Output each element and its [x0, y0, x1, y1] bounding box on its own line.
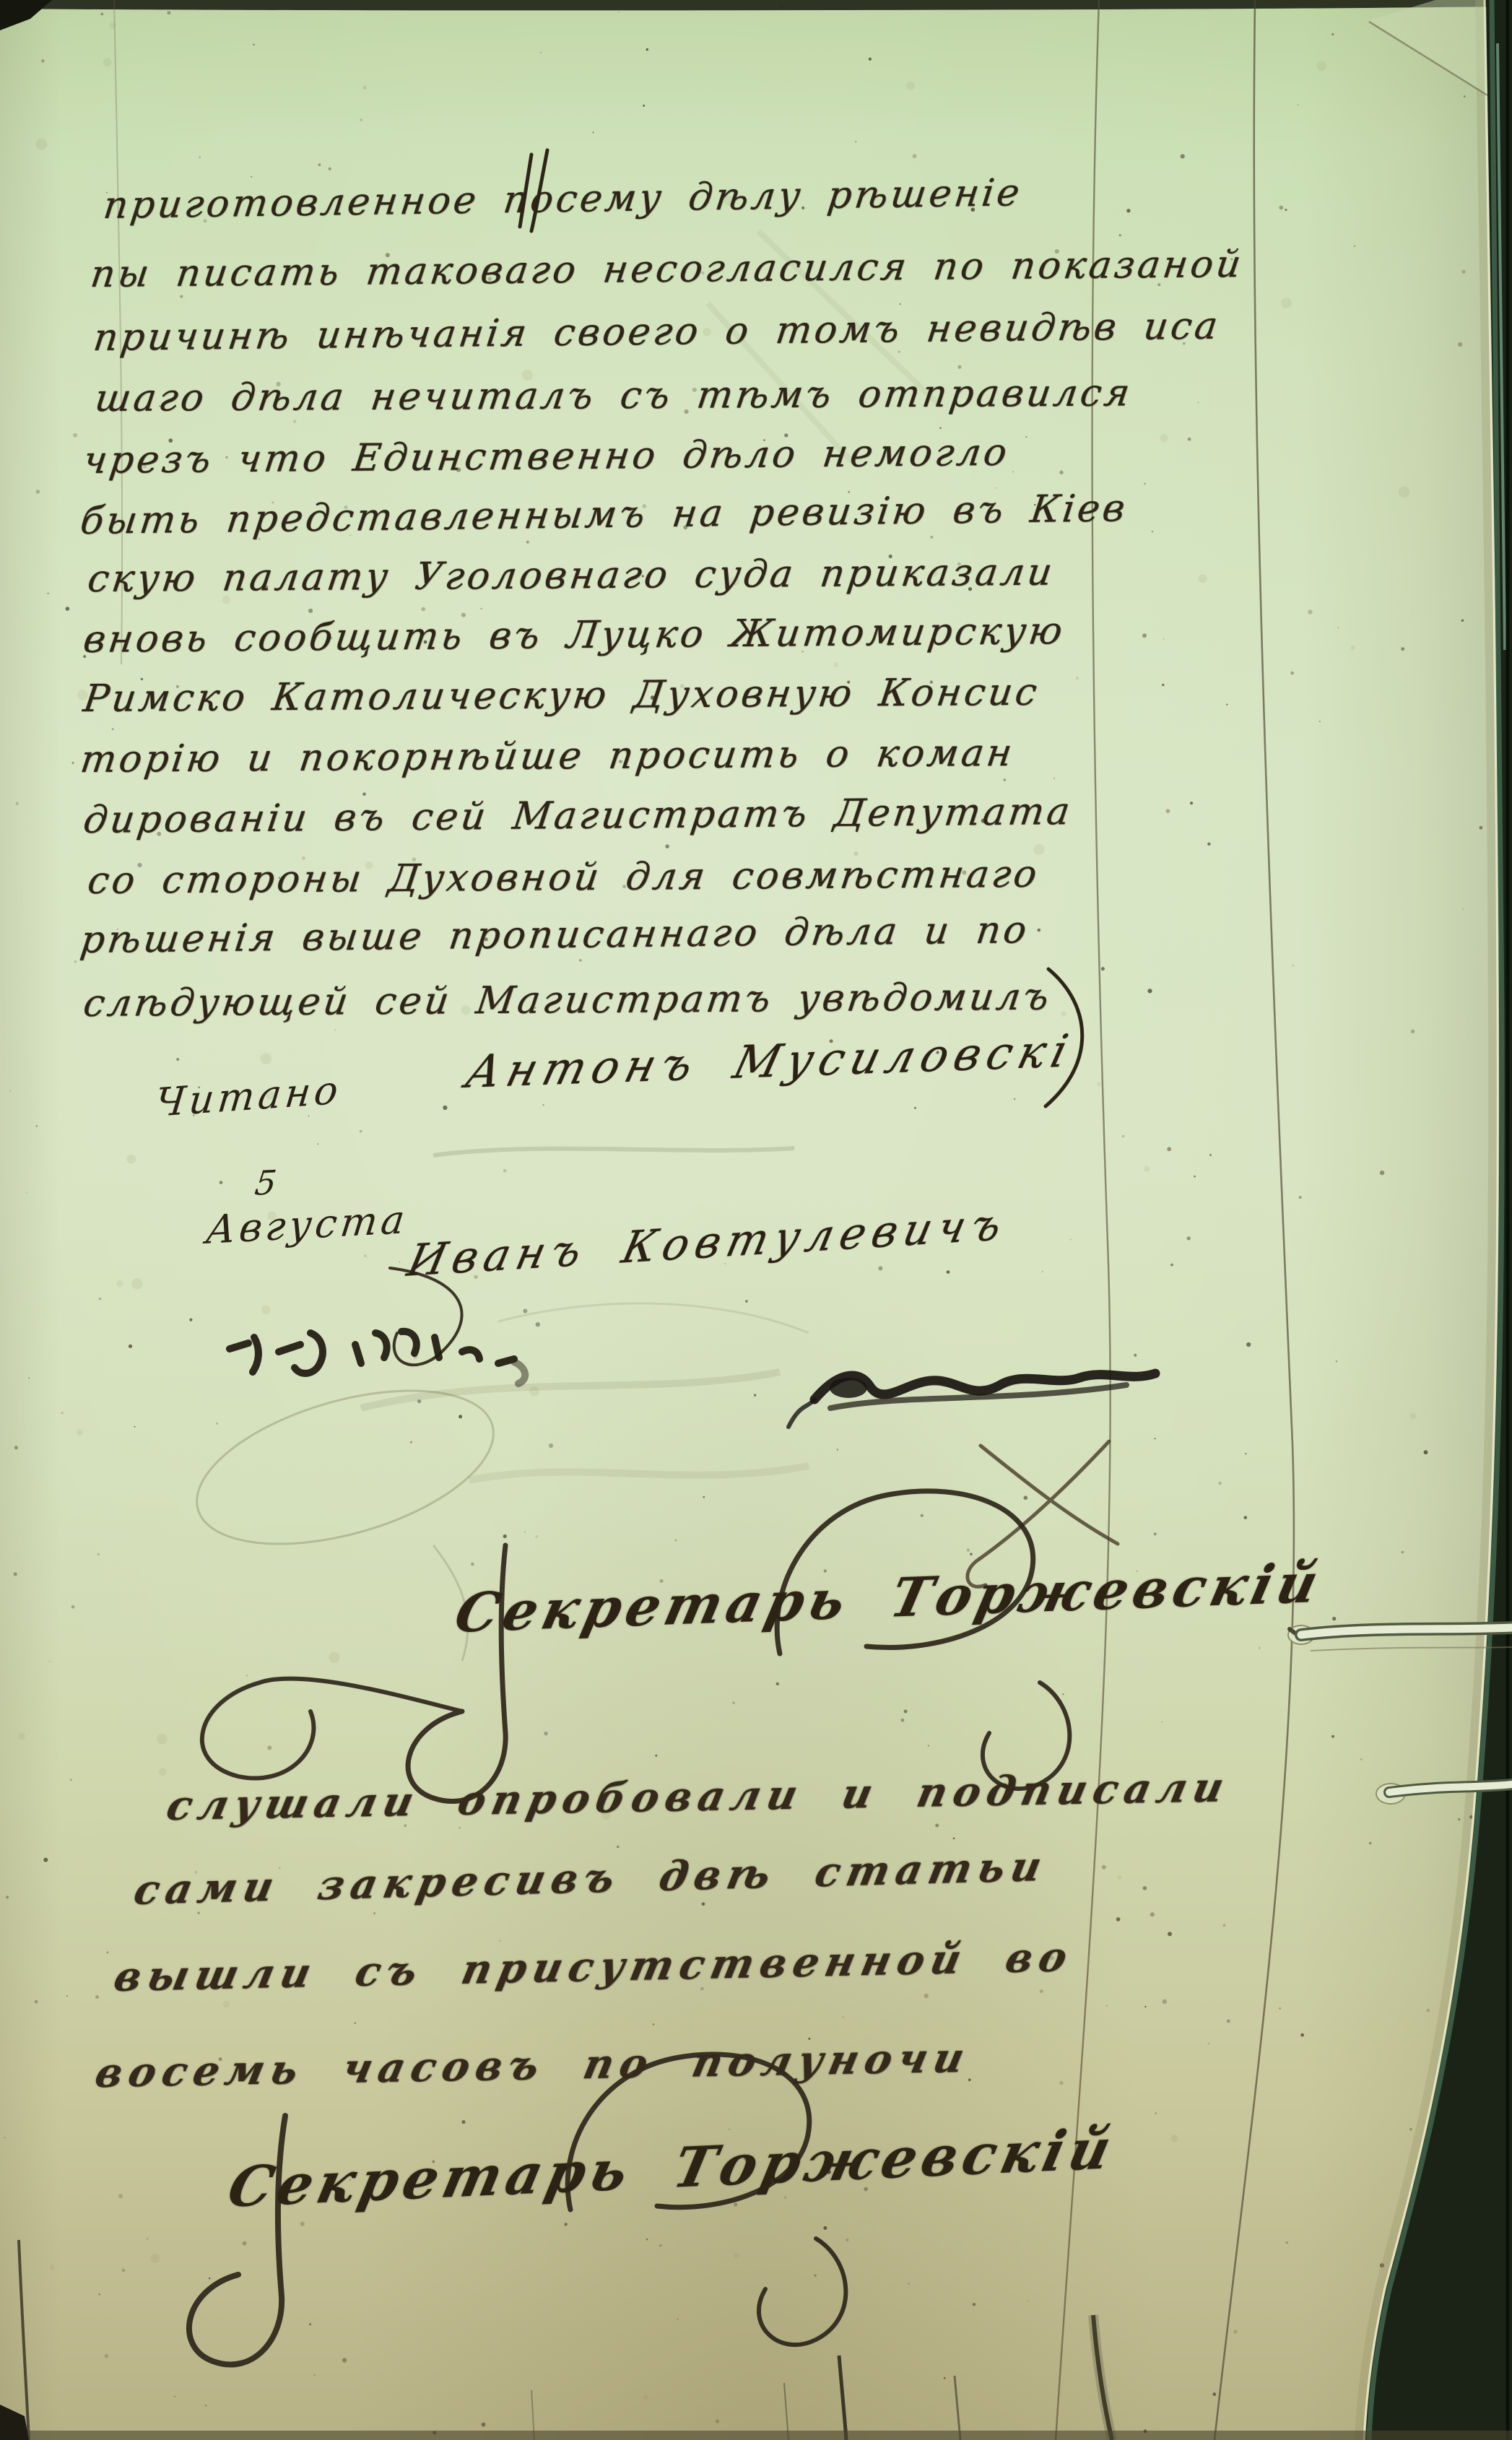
- text-line-12: со стороны Духовной для совмѣстнаго: [85, 853, 1042, 903]
- text-line-1: приготовленное посему дѣлу рѣшеніе: [101, 171, 1025, 227]
- fold-line-2: [1215, 0, 1294, 2440]
- bottom-crease-2: [1093, 2315, 1112, 2440]
- bottom-crease-5: [955, 2376, 960, 2440]
- top-edge-strip: [0, 0, 1512, 10]
- bottom-crease-3: [784, 2383, 788, 2440]
- bottom-crease-1: [839, 2356, 846, 2440]
- text-line-4: шаго дѣла нечиталъ съ тѣмъ отправился: [92, 371, 1135, 420]
- text-line-8: вновь сообщить въ Луцко Житомирскую: [81, 609, 1068, 661]
- ghost-stroke-1: [433, 1148, 794, 1155]
- secretary-signature-top-flourish: [202, 1491, 1069, 1802]
- pencil-oval: [180, 1361, 510, 1573]
- text-line-2: пы писать таковаго несогласился по показ…: [88, 243, 1246, 296]
- fold-line-1: [1056, 0, 1111, 2440]
- text-line-5: чрезъ что Единственно дѣло немогло: [81, 431, 1012, 482]
- thread-hole: [1288, 1625, 1314, 1644]
- text-line-14: слѣдующей сей Магистратъ увѣдомилъ: [81, 976, 1054, 1025]
- margin-note-word: Читано: [153, 1067, 344, 1126]
- thread-hole-notch: [1290, 1629, 1301, 1638]
- edge-streak-dark: [1507, 0, 1508, 2440]
- edge-shadow: [1365, 0, 1499, 2440]
- closing-line-4: восемь часовъ по полуночи: [91, 2034, 975, 2097]
- closing-line-2: сами закресивъ двѣ статьи: [130, 1843, 1052, 1914]
- corner-crease-line: [1369, 22, 1487, 95]
- closing-line-1: слушали опробовали и подписали: [162, 1763, 1235, 1830]
- text-line-10: торію и покорнѣйше просить о коман: [78, 731, 1017, 781]
- edge-highlight: [1364, 0, 1498, 2440]
- secretary-signature-top: Секретарь Торжевскій: [449, 1552, 1329, 1645]
- thread-pucker: [1376, 1784, 1405, 1804]
- text-line-7: скую палату Уголовнаго суда приказали: [85, 551, 1058, 601]
- bottom-left-crease: [19, 2240, 29, 2440]
- page-edge-band: [1365, 0, 1512, 2440]
- margin-note-month: Августа: [204, 1197, 411, 1253]
- pencil-arc-2: [498, 1303, 809, 1333]
- top-left-corner-shadow: [0, 0, 52, 30]
- margin-note-day: 5: [253, 1163, 282, 1203]
- thread-1-crease: [1311, 1647, 1512, 1651]
- secretary-signature-bottom: Секретарь Торжевскій: [222, 2116, 1122, 2220]
- bottom-edge-strip: [0, 2431, 1512, 2440]
- closing-line-3: вышли съ присутственной во: [110, 1933, 1078, 2001]
- smudged-signature: [788, 1373, 1155, 1427]
- bottom-crease-2-shadow: [1093, 2315, 1112, 2440]
- bottom-left-corner-blob: [0, 2405, 29, 2440]
- binding-thread-2-outline: [1389, 1784, 1512, 1792]
- bottom-crease-4: [531, 2390, 534, 2440]
- text-line-11: дированіи въ сей Магистратъ Депутата: [81, 790, 1075, 842]
- binding-thread-1: [1301, 1628, 1512, 1635]
- text-line-6: быть представленнымъ на ревизію въ Кіев: [78, 487, 1130, 543]
- text-line-13: рѣшенія выше прописаннаго дѣла и по: [78, 908, 1032, 962]
- ink-scrawl: [230, 1332, 525, 1384]
- text-line-3: причинѣ инѣчанія своего о томъ невидѣв и…: [91, 305, 1223, 360]
- ghost-stroke-2: [361, 1372, 780, 1408]
- binding-thread-1-outline: [1301, 1628, 1512, 1635]
- signature-anton: Антонъ Мусиловскі: [461, 1024, 1079, 1098]
- ghost-stroke-3: [469, 1466, 809, 1480]
- manuscript-page: приготовленное посему дѣлу рѣшеніе пы пи…: [0, 0, 1512, 2440]
- edge-streak-teal: [1498, 43, 1505, 650]
- edge-streak-green: [1369, 0, 1502, 2440]
- signature-ivan: Иванъ Ковтулевичъ: [403, 1199, 1013, 1287]
- binding-thread-2: [1389, 1784, 1512, 1792]
- text-line-9: Римско Католическую Духовную Консис: [81, 671, 1042, 721]
- corner-fold-shade: [1369, 0, 1486, 94]
